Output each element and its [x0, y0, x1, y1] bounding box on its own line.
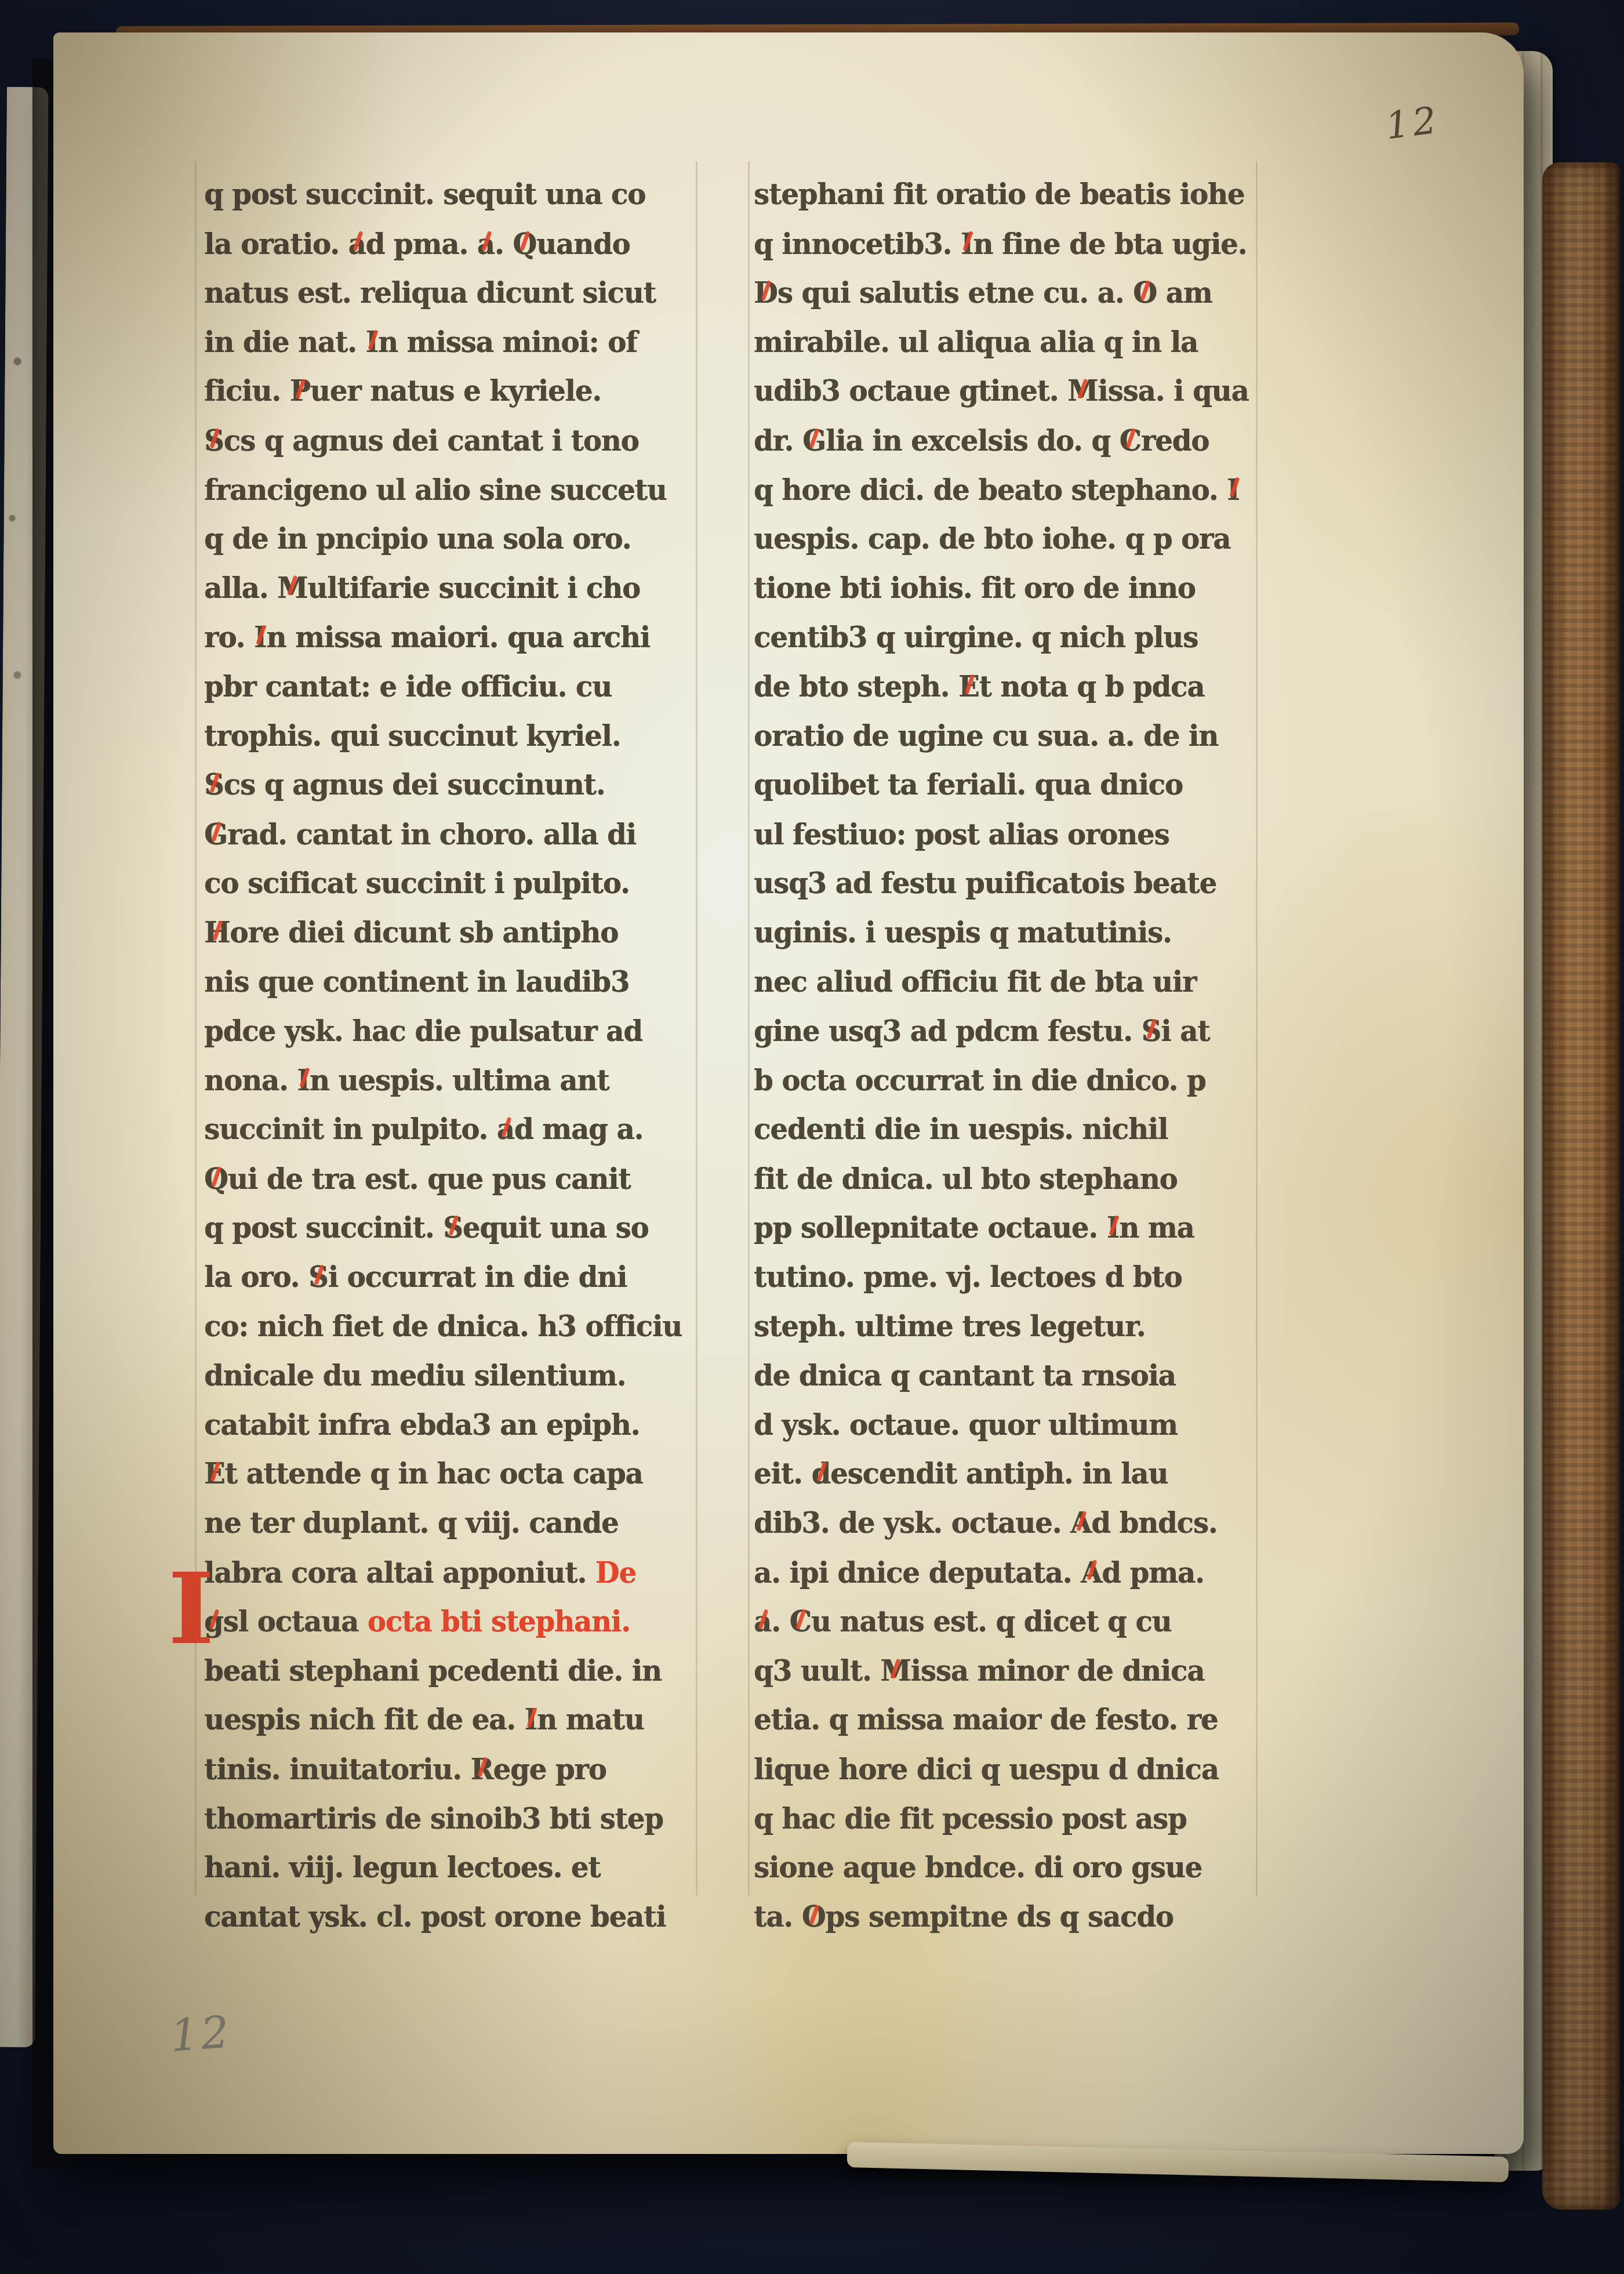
manuscript-text: pdce ysk. hac die pulsatur ad	[204, 1014, 642, 1048]
text-line: succinit in pulpito. ad mag a.	[204, 1105, 682, 1155]
manuscript-text: ficiu.	[204, 375, 290, 408]
column-ruling-line	[696, 161, 697, 1895]
manuscript-text: d	[811, 1457, 830, 1491]
manuscript-text: M	[277, 571, 307, 605]
text-line: oratio de ugine cu sua. a. de in	[754, 712, 1248, 761]
text-line: la oratio. ad pma. a. Quando	[204, 220, 682, 269]
text-line: pbr cantat: e ide officiu. cu	[204, 663, 682, 712]
manuscript-text: tinis. inuitatoriu.	[204, 1753, 471, 1786]
text-line: nis que continent in laudib3	[204, 958, 682, 1007]
manuscript-text: issa. i qua	[1098, 375, 1248, 408]
manuscript-text: ta.	[754, 1900, 802, 1934]
manuscript-text: q post succinit. sequit una co	[204, 177, 645, 211]
manuscript-text: rad. cantat in choro. alla di	[227, 818, 636, 851]
manuscript-text: etia. q missa maior de festo. re	[754, 1703, 1218, 1737]
manuscript-text: lia in excelsis do. q	[826, 424, 1120, 458]
manuscript-text: q3 uult.	[754, 1654, 880, 1688]
manuscript-text: G	[802, 424, 826, 458]
text-line: centib3 q uirgine. q nich plus	[754, 614, 1248, 663]
manuscript-text: trophis. qui succinut kyriel.	[204, 719, 620, 753]
manuscript-text: hani. viij. legun lectoes. et	[204, 1851, 600, 1885]
manuscript-text: succinit in pulpito.	[204, 1113, 497, 1147]
manuscript-text: a	[348, 227, 365, 260]
manuscript-text: co scificat succinit i pulpito.	[204, 866, 630, 900]
rubric-text: octa bti stephani.	[368, 1605, 630, 1638]
manuscript-text: d pma.	[1102, 1555, 1204, 1589]
manuscript-text: I	[365, 325, 377, 359]
text-line: Scs q agnus dei cantat i tono	[204, 416, 682, 466]
manuscript-text: O	[802, 1900, 826, 1934]
manuscript-text: co: nich fiet de dnica. h3 officiu	[204, 1310, 682, 1343]
manuscript-text: sione aque bndce. di oro gsue	[754, 1851, 1202, 1885]
text-line: b octa occurrat in die dnico. p	[754, 1056, 1248, 1105]
manuscript-text: eit.	[754, 1457, 811, 1491]
text-line: tutino. pme. vj. lectoes d bto	[754, 1253, 1248, 1303]
manuscript-text: q hac die fit pcessio post asp	[754, 1802, 1187, 1836]
manuscript-text: ui de tra est. que pus canit	[228, 1162, 631, 1196]
text-line: Grad. cantat in choro. alla di	[204, 810, 682, 859]
text-line: alla. Multifarie succinit i cho	[204, 564, 682, 614]
manuscript-text: lique hore dici q uespu d dnica	[754, 1753, 1219, 1786]
manuscript-text: D	[754, 276, 778, 310]
manuscript-text: a	[477, 227, 495, 260]
manuscript-text: t attende q in hac octa capa	[225, 1457, 643, 1491]
text-line: de bto steph. Et nota q b pdca	[754, 663, 1248, 712]
manuscript-text: n missa minoi: of	[378, 325, 637, 359]
text-line: co: nich fiet de dnica. h3 officiu	[204, 1303, 682, 1352]
manuscript-text: I	[297, 1064, 309, 1097]
manuscript-text: E	[958, 670, 979, 703]
text-line: Scs q agnus dei succinunt.	[204, 761, 682, 810]
manuscript-text: sl octaua	[223, 1605, 368, 1638]
manuscript-text: .	[495, 227, 513, 260]
text-line: hani. viij. legun lectoes. et	[204, 1844, 682, 1893]
manuscript-text: ne ter duplant. q viij. cande	[204, 1507, 618, 1540]
manuscript-text: .	[771, 1605, 789, 1638]
manuscript-text: mirabile. ul aliqua alia q in la	[754, 325, 1198, 359]
manuscript-text: Q	[513, 227, 536, 260]
manuscript-text: S	[443, 1211, 463, 1245]
text-line: stephani fit oratio de beatis iohe	[754, 171, 1248, 220]
text-line: gine usq3 ad pdcm festu. Si at	[754, 1007, 1248, 1057]
manuscript-text: Q	[204, 1162, 228, 1196]
manuscript-text: dnicale du mediu silentium.	[204, 1359, 626, 1392]
manuscript-text: I	[961, 227, 973, 260]
text-line: eit. descendit antiph. in lau	[754, 1450, 1248, 1499]
text-line: uespis nich fit de ea. In matu	[204, 1696, 682, 1746]
text-line: nona. In uespis. ultima ant	[204, 1056, 682, 1105]
manuscript-text: n matu	[537, 1703, 644, 1737]
manuscript-text: R	[471, 1753, 493, 1786]
manuscript-text: uespis nich fit de ea.	[204, 1703, 525, 1737]
manuscript-text: de bto steph.	[754, 670, 958, 703]
text-line: Hore diei dicunt sb antipho	[204, 909, 682, 958]
manuscript-text: cedenti die in uespis. nichil	[754, 1113, 1168, 1147]
manuscript-text: dr.	[754, 424, 802, 458]
text-line: d ysk. octaue. quor ultimum	[754, 1401, 1248, 1450]
text-line: la oro. Si occurrat in die dni	[204, 1253, 682, 1303]
text-line: q de in pncipio una sola oro.	[204, 515, 682, 564]
manuscript-text: S	[308, 1260, 328, 1294]
text-line: tione bti iohis. fit oro de inno	[754, 564, 1248, 614]
manuscript-text: H	[204, 916, 230, 949]
text-line: beati stephani pcedenti die. in	[204, 1647, 682, 1696]
text-line: quolibet ta feriali. qua dnico	[754, 761, 1248, 810]
manuscript-text: d pma.	[366, 227, 477, 260]
manuscript-text: cs q agnus dei cantat i tono	[224, 424, 639, 458]
manuscript-text: issa minor de dnica	[910, 1654, 1204, 1688]
text-line: udib3 octaue gtinet. Missa. i qua	[754, 367, 1248, 416]
manuscript-text: a	[754, 1605, 771, 1638]
manuscript-text: I	[1227, 473, 1239, 507]
manuscript-text: n uespis. ultima ant	[310, 1064, 609, 1097]
text-line: pdce ysk. hac die pulsatur ad	[204, 1007, 682, 1057]
text-line: q3 uult. Missa minor de dnica	[754, 1647, 1248, 1696]
column-ruling-line	[748, 161, 750, 1895]
manuscript-text: S	[204, 424, 224, 458]
manuscript-text: n missa maiori. qua archi	[266, 621, 650, 654]
manuscript-text: dib3. de ysk. octaue.	[754, 1507, 1070, 1540]
manuscript-text: q de in pncipio una sola oro.	[204, 522, 631, 556]
manuscript-text: I	[525, 1703, 537, 1737]
manuscript-text: la oro.	[204, 1260, 308, 1294]
manuscript-text: quolibet ta feriali. qua dnico	[754, 768, 1183, 802]
manuscript-text: uando	[536, 227, 630, 260]
manuscript-text: uespis. cap. de bto iohe. q p ora	[754, 522, 1230, 556]
manuscript-text: thomartiris de sinoib3 bti step	[204, 1802, 663, 1836]
manuscript-text: uginis. i uespis q matutinis.	[754, 916, 1172, 949]
manuscript-text: G	[204, 818, 227, 851]
text-line: ficiu. Puer natus e kyriele.	[204, 367, 682, 416]
text-line: dib3. de ysk. octaue. Ad bndcs.	[754, 1499, 1248, 1548]
manuscript-text: ps sempitne ds q sacdo	[826, 1900, 1174, 1934]
text-line: mirabile. ul aliqua alia q in la	[754, 318, 1248, 368]
text-line: gsl octaua octa bti stephani.	[204, 1598, 682, 1647]
manuscript-text: cs q agnus dei succinunt.	[224, 768, 605, 802]
manuscript-text: am	[1157, 276, 1212, 310]
manuscript-text: u natus est. q dicet q cu	[811, 1605, 1172, 1638]
text-line: natus est. reliqua dicunt sicut	[204, 269, 682, 318]
text-line: ne ter duplant. q viij. cande	[204, 1499, 682, 1548]
manuscript-text: de dnica q cantant ta rnsoia	[754, 1359, 1176, 1392]
manuscript-text: q innocetib3.	[754, 227, 961, 260]
manuscript-text: i at	[1161, 1014, 1209, 1048]
manuscript-text: M	[1067, 375, 1098, 408]
manuscript-text: labra cora altai apponiut.	[204, 1555, 595, 1589]
text-line: sione aque bndce. di oro gsue	[754, 1844, 1248, 1893]
manuscript-text: C	[790, 1605, 811, 1638]
text-line: dnicale du mediu silentium.	[204, 1352, 682, 1401]
manuscript-text: escendit antiph. in lau	[830, 1457, 1168, 1491]
manuscript-text: alla.	[204, 571, 277, 605]
manuscript-text: t nota q b pdca	[979, 670, 1204, 703]
manuscript-text: i occurrat in die dni	[328, 1260, 627, 1294]
text-line: etia. q missa maior de festo. re	[754, 1696, 1248, 1746]
text-line: usq3 ad festu puificatois beate	[754, 859, 1248, 909]
text-line: Et attende q in hac octa capa	[204, 1450, 682, 1499]
folio-number-bottom-pencil: 12	[169, 2005, 233, 2061]
text-line: uginis. i uespis q matutinis.	[754, 909, 1248, 958]
manuscript-text: steph. ultime tres legetur.	[754, 1310, 1145, 1343]
manuscript-text: q hore dici. de beato stephano.	[754, 473, 1227, 507]
manuscript-text: equit una so	[463, 1211, 649, 1245]
manuscript-text: a. ipi dnice deputata.	[754, 1555, 1081, 1589]
manuscript-text: S	[1141, 1014, 1161, 1048]
manuscript-text: s qui salutis etne cu. a.	[778, 276, 1133, 310]
text-line: q innocetib3. In fine de bta ugie.	[754, 220, 1248, 269]
manuscript-text: udib3 octaue gtinet.	[754, 375, 1067, 408]
manuscript-text: stephani fit oratio de beatis iohe	[754, 177, 1244, 211]
manuscript-text: fit de dnica. ul bto stephano	[754, 1162, 1178, 1196]
manuscript-text: redo	[1141, 424, 1209, 458]
text-line: ul festiuo: post alias orones	[754, 810, 1248, 859]
manuscript-text: uer natus e kyriele.	[310, 375, 601, 408]
text-line: a. ipi dnice deputata. Ad pma.	[754, 1548, 1248, 1598]
text-line: labra cora altai apponiut. De	[204, 1548, 682, 1598]
manuscript-text: natus est. reliqua dicunt sicut	[204, 276, 656, 310]
manuscript-text: nis que continent in laudib3	[204, 965, 629, 999]
text-line: Ds qui salutis etne cu. a. O am	[754, 269, 1248, 318]
manuscript-text: pp sollepnitate octaue.	[754, 1211, 1107, 1245]
red-initial-letter: I	[168, 1550, 214, 1669]
manuscript-text: A	[1070, 1507, 1091, 1540]
manuscript-text: ege pro	[493, 1753, 606, 1786]
text-line: nec aliud officiu fit de bta uir	[754, 958, 1248, 1007]
manuscript-text: pbr cantat: e ide officiu. cu	[204, 670, 612, 703]
manuscript-text: I	[254, 621, 266, 654]
manuscript-text: S	[204, 768, 224, 802]
text-line: q post succinit. sequit una co	[204, 171, 682, 220]
manuscript-text: nona.	[204, 1064, 297, 1097]
manuscript-text: usq3 ad festu puificatois beate	[754, 866, 1216, 900]
manuscript-text: ore diei dicunt sb antipho	[230, 916, 618, 949]
manuscript-text: d ysk. octaue. quor ultimum	[754, 1408, 1178, 1442]
manuscript-text: ul festiuo: post alias orones	[754, 818, 1169, 851]
text-line: q hore dici. de beato stephano. I	[754, 466, 1248, 515]
manuscript-text: tutino. pme. vj. lectoes d bto	[754, 1260, 1182, 1294]
rubric-text: De	[595, 1555, 636, 1589]
manuscript-text: P	[290, 375, 310, 408]
manuscript-text: C	[1120, 424, 1141, 458]
manuscript-text: catabit infra ebda3 an epiph.	[204, 1408, 640, 1442]
manuscript-text: centib3 q uirgine. q nich plus	[754, 621, 1198, 654]
manuscript-text: in die nat.	[204, 325, 365, 359]
text-line: catabit infra ebda3 an epiph.	[204, 1401, 682, 1450]
text-line: ro. In missa maiori. qua archi	[204, 614, 682, 663]
text-line: q post succinit. Sequit una so	[204, 1204, 682, 1253]
manuscript-text: b octa occurrat in die dnico. p	[754, 1064, 1205, 1097]
text-line: cantat ysk. cl. post orone beati	[204, 1893, 682, 1942]
manuscript-text: I	[1107, 1211, 1119, 1245]
text-line: dr. Glia in excelsis do. q Credo	[754, 416, 1248, 466]
text-line: a. Cu natus est. q dicet q cu	[754, 1598, 1248, 1647]
manuscript-text: q post succinit.	[204, 1211, 443, 1245]
folio-number-top: 12	[1383, 99, 1443, 148]
column-ruling-line	[1256, 161, 1258, 1895]
text-line: thomartiris de sinoib3 bti step	[204, 1794, 682, 1844]
manuscript-text: nec aliud officiu fit de bta uir	[754, 965, 1196, 999]
text-line: francigeno ul alio sine succetu	[204, 466, 682, 515]
manuscript-text: cantat ysk. cl. post orone beati	[204, 1900, 666, 1934]
text-line: in die nat. In missa minoi: of	[204, 318, 682, 368]
manuscript-text: francigeno ul alio sine succetu	[204, 473, 667, 507]
text-line: uespis. cap. de bto iohe. q p ora	[754, 515, 1248, 564]
manuscript-text: E	[204, 1457, 225, 1491]
manuscript-text: beati stephani pcedenti die. in	[204, 1654, 662, 1688]
manuscript-text: oratio de ugine cu sua. a. de in	[754, 719, 1218, 753]
manuscript-text: gine usq3 ad pdcm festu.	[754, 1014, 1141, 1048]
text-line: q hac die fit pcessio post asp	[754, 1794, 1248, 1844]
text-column-left: q post succinit. sequit una cola oratio.…	[204, 171, 682, 1942]
text-line: trophis. qui succinut kyriel.	[204, 712, 682, 761]
text-line: pp sollepnitate octaue. In ma	[754, 1204, 1248, 1253]
manuscript-photo: 12 q post succinit. sequit una cola orat…	[0, 0, 1624, 2274]
manuscript-text: n fine de bta ugie.	[973, 227, 1247, 260]
text-line: steph. ultime tres legetur.	[754, 1303, 1248, 1352]
manuscript-text: la oratio.	[204, 227, 348, 260]
text-line: de dnica q cantant ta rnsoia	[754, 1352, 1248, 1401]
text-line: Qui de tra est. que pus canit	[204, 1155, 682, 1204]
text-line: ta. Ops sempitne ds q sacdo	[754, 1893, 1248, 1942]
manuscript-text: A	[1081, 1555, 1102, 1589]
text-line: cedenti die in uespis. nichil	[754, 1105, 1248, 1155]
manuscript-text: ultifarie succinit i cho	[307, 571, 640, 605]
text-line: fit de dnica. ul bto stephano	[754, 1155, 1248, 1204]
manuscript-text: d mag a.	[514, 1113, 643, 1147]
fore-edge-block	[1542, 162, 1620, 2210]
manuscript-text: a	[497, 1113, 514, 1147]
manuscript-text: n ma	[1119, 1211, 1194, 1245]
manuscript-text: d bndcs.	[1091, 1507, 1217, 1540]
text-column-right: stephani fit oratio de beatis ioheq inno…	[754, 171, 1248, 1942]
text-line: lique hore dici q uespu d dnica	[754, 1745, 1248, 1794]
manuscript-text: ro.	[204, 621, 254, 654]
manuscript-text: O	[1133, 276, 1157, 310]
text-line: tinis. inuitatoriu. Rege pro	[204, 1745, 682, 1794]
text-line: co scificat succinit i pulpito.	[204, 859, 682, 909]
manuscript-text: M	[880, 1654, 910, 1688]
manuscript-text: tione bti iohis. fit oro de inno	[754, 571, 1196, 605]
